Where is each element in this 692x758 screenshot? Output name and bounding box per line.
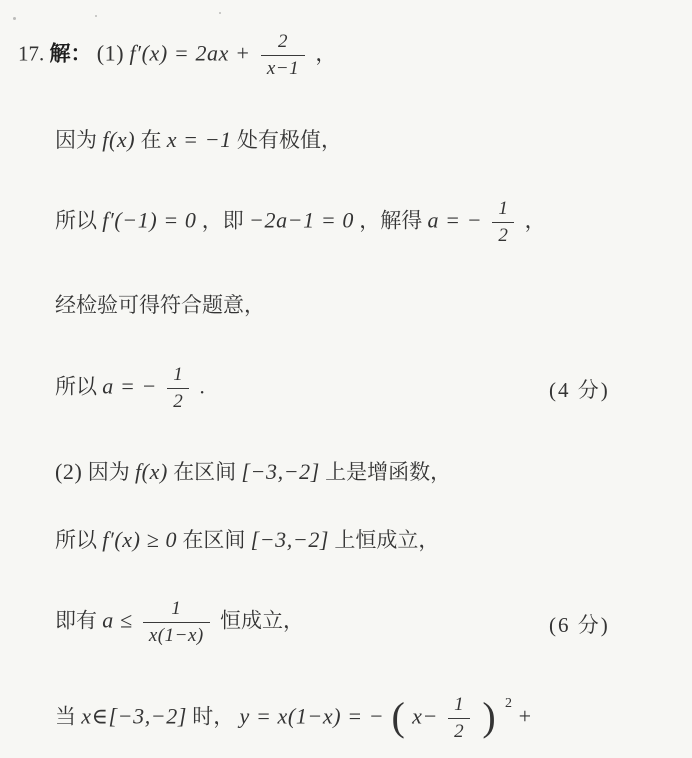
solve-label: 解： xyxy=(50,42,92,66)
solution-line-1: 17. 解： (1) f′(x) = 2ax + 2 x−1 ， xyxy=(18,31,336,81)
solution-line-4: 经检验可得符合题意， xyxy=(55,291,265,319)
math-expression: x∈[−3,−2] xyxy=(81,704,187,729)
punctuation: . xyxy=(199,375,204,399)
problem-number: 17. xyxy=(18,42,44,66)
math-expression: x− xyxy=(412,704,438,729)
text-segment: 在区间 xyxy=(182,528,245,552)
math-expression: a = − xyxy=(102,374,157,399)
right-paren: ) xyxy=(482,694,495,739)
scan-speck xyxy=(13,17,16,20)
left-paren: ( xyxy=(392,694,405,739)
math-expression: [−3,−2] xyxy=(251,527,330,552)
fraction: 1 2 xyxy=(167,364,189,414)
text-segment: 所以 xyxy=(55,209,102,233)
solution-line-6: (2) 因为 f(x) 在区间 [−3,−2] 上是增函数， xyxy=(55,458,451,486)
part-label: (1) xyxy=(97,41,124,66)
math-expression: f′(x) ≥ 0 xyxy=(102,527,177,552)
text-segment: 上恒成立， xyxy=(334,528,439,552)
math-expression: a = − xyxy=(427,208,482,233)
fraction-denominator: 2 xyxy=(448,719,470,743)
solution-line-5: 所以 a = − 1 2 . (4 分) xyxy=(55,364,655,414)
text-segment: 恒成立， xyxy=(220,609,304,633)
solution-line-8: 即有 a ≤ 1 x(1−x) 恒成立， (6 分) xyxy=(55,598,655,648)
math-expression: [−3,−2] xyxy=(241,459,320,484)
score-badge: (4 分) xyxy=(549,376,610,404)
superscript-exponent: 2 xyxy=(505,696,512,711)
text-segment: 处有极值， xyxy=(237,128,342,152)
fraction-numerator: 1 xyxy=(167,364,189,389)
text-segment: 时， xyxy=(192,705,234,729)
solution-line-3: 所以 f′(−1) = 0 ，即 −2a−1 = 0 ，解得 a = − 1 2… xyxy=(55,198,546,248)
text-segment: 在 xyxy=(140,128,166,152)
math-expression: −2a−1 = 0 xyxy=(249,208,354,233)
fraction-denominator: x−1 xyxy=(261,56,305,80)
fraction: 1 2 xyxy=(492,198,514,248)
fraction-numerator: 1 xyxy=(492,198,514,223)
text-segment: 因为 xyxy=(55,128,102,152)
solution-line-7: 所以 f′(x) ≥ 0 在区间 [−3,−2] 上恒成立， xyxy=(55,526,439,554)
fraction-denominator: 2 xyxy=(167,389,189,413)
punctuation: ， xyxy=(525,209,546,233)
fraction-denominator: x(1−x) xyxy=(143,623,210,647)
text-segment: ，即 xyxy=(202,209,244,233)
text-segment: 所以 xyxy=(55,375,102,399)
math-expression: y = x(1−x) = − xyxy=(240,704,385,729)
fraction-numerator: 1 xyxy=(143,598,210,623)
math-expression: f′(x) = 2ax + xyxy=(129,41,250,66)
fraction: 2 x−1 xyxy=(261,31,305,81)
text-segment: 在区间 xyxy=(173,460,236,484)
text-segment: 即有 xyxy=(55,609,102,633)
scan-speck xyxy=(219,12,221,14)
math-expression: a ≤ xyxy=(102,608,132,633)
solution-line-2: 因为 f(x) 在 x = −1 处有极值， xyxy=(55,126,342,154)
punctuation: ， xyxy=(315,42,336,66)
math-expression: + xyxy=(517,704,532,729)
fraction-numerator: 1 xyxy=(448,694,470,719)
text-segment: 当 xyxy=(55,705,81,729)
fraction-numerator: 2 xyxy=(261,31,305,56)
text-segment: 经检验可得符合题意， xyxy=(55,293,265,317)
fraction: 1 x(1−x) xyxy=(143,598,210,648)
fraction-denominator: 2 xyxy=(492,223,514,247)
text-segment: 上是增函数， xyxy=(325,460,451,484)
math-expression: f(x) xyxy=(135,459,168,484)
math-expression: f(x) xyxy=(102,127,135,152)
text-segment: 所以 xyxy=(55,528,102,552)
scan-speck xyxy=(95,15,97,17)
math-expression: f′(−1) = 0 xyxy=(102,208,196,233)
score-badge: (6 分) xyxy=(549,611,610,639)
part-label: (2) xyxy=(55,459,82,484)
text-segment: ，解得 xyxy=(359,209,427,233)
math-expression: x = −1 xyxy=(167,127,232,152)
solution-page: 17. 解： (1) f′(x) = 2ax + 2 x−1 ， 因为 f(x)… xyxy=(0,0,692,758)
solution-line-9: 当 x∈[−3,−2] 时， y = x(1−x) = − ( x− 1 2 )… xyxy=(55,694,533,744)
text-segment: 因为 xyxy=(88,460,135,484)
fraction: 1 2 xyxy=(448,694,470,744)
